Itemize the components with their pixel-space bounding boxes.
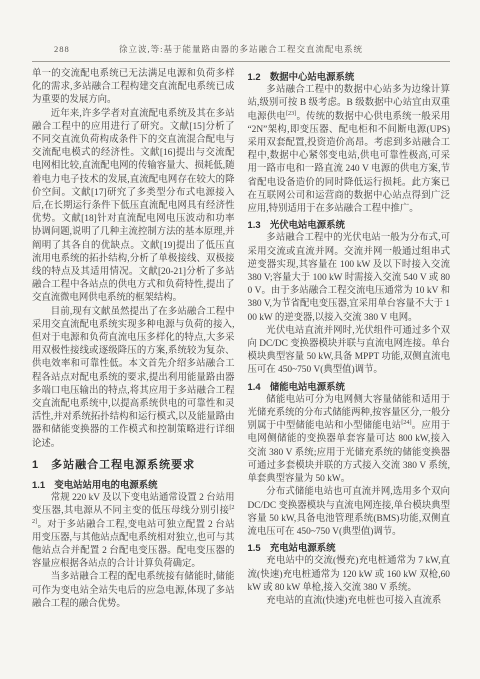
text-run: 。对于多站融合工程,变电站可独立配置 2 台站用变压器,与其他站点配电系统相对独… [32, 520, 235, 570]
body-paragraph: 分布式储能电站也可直流并网,选用多个双向 DC/DC 变换器模块与直流电网连接,… [248, 486, 451, 539]
subsection-heading: 1.2 数据中心站电源系统 [248, 70, 451, 83]
subsection-heading: 1.4 储能电站电源系统 [248, 380, 451, 393]
body-paragraph: 储能电站可分为电网侧大容量储能和适用于光储充系统的分布式储能两种,按容量区分,一… [248, 394, 451, 486]
text-run: 分布式储能电站也可直流并网,选用多个双向 DC/DC 变换器模块与直流电网连接,… [248, 487, 451, 537]
text-run: 近年来,许多学者对直流配电系统及其在多站融合工程中的应用进行了研究。文献[15]… [32, 109, 235, 304]
paper-page: 288 徐立波,等:基于能量路由器的多站融合工程交直流配电系统 单一的交流配电系… [0, 0, 480, 679]
running-title: 徐立波,等:基于能量路由器的多站融合工程交直流配电系统 [32, 43, 450, 55]
body-paragraph: 常规 220 kV 及以下变电站通常设置 2 台站用变压器,其电源从不同主变的低… [32, 492, 235, 571]
text-run: 当多站融合工程的配电系统接有储能时,储能可作为变电站全站失电后的应急电源,体现了… [32, 572, 235, 608]
text-run: 充电站的直流(快速)充电桩也可接入直流系 [266, 596, 441, 606]
body-paragraph: 充电站的直流(快速)充电桩也可接入直流系 [248, 595, 451, 608]
page-header: 288 徐立波,等:基于能量路由器的多站融合工程交直流配电系统 [32, 43, 450, 57]
page-content: 单一的交流配电系统已无法满足电源和负荷多样化的需求,多站融合工程构建交直流配电系… [32, 68, 450, 679]
body-paragraph: 光伏电站直流并网时,光伏组件可通过多个双向 DC/DC 变换器模块并联与直流电网… [248, 325, 451, 378]
body-paragraph: 目前,现有文献虽然提出了在多站融合工程中采用交直流配电系统实现多种电源与负荷的接… [32, 306, 235, 451]
header-rule [32, 61, 450, 62]
body-paragraph: 多站融合工程中的数据中心站多为边缘计算站,级别可按 B 级考虑。B 级数据中心站… [248, 84, 451, 216]
body-paragraph: 当多站融合工程的配电系统接有储能时,储能可作为变电站全站失电后的应急电源,体现了… [32, 571, 235, 611]
page-number: 288 [54, 44, 70, 54]
text-run: 充电站中的交流(慢充)充电桩通常为 7 kW,直流(快速)充电桩通常为 120 … [248, 556, 451, 592]
subsection-heading: 1.3 光伏电站电源系统 [248, 218, 451, 231]
body-paragraph: 多站融合工程中的光伏电站一般为分布式,可采用交流或直流并网。交流并网一般通过组串… [248, 232, 451, 324]
section-heading: 1 多站融合工程电源系统要求 [32, 458, 235, 472]
citation-superscript: [23] [286, 109, 296, 116]
text-run: 多站融合工程中的光伏电站一般为分布式,可采用交流或直流并网。交流并网一般通过组串… [248, 233, 451, 322]
citation-superscript: [24] [401, 419, 411, 426]
text-run: 常规 220 kV 及以下变电站通常设置 2 台站用变压器,其电源从不同主变的低… [32, 493, 235, 516]
text-run: 光伏电站直流并网时,光伏组件可通过多个双向 DC/DC 变换器模块并联与直流电网… [248, 326, 451, 376]
text-run: 目前,现有文献虽然提出了在多站融合工程中采用交直流配电系统实现多种电源与负荷的接… [32, 307, 235, 449]
body-paragraph: 近年来,许多学者对直流配电系统及其在多站融合工程中的应用进行了研究。文献[15]… [32, 108, 235, 306]
body-paragraph: 单一的交流配电系统已无法满足电源和负荷多样化的需求,多站融合工程构建交直流配电系… [32, 68, 235, 108]
right-column: 1.2 数据中心站电源系统多站融合工程中的数据中心站多为边缘计算站,级别可按 B… [248, 68, 451, 679]
subsection-heading: 1.1 变电站站用电的电源系统 [32, 478, 235, 491]
body-paragraph: 充电站中的交流(慢充)充电桩通常为 7 kW,直流(快速)充电桩通常为 120 … [248, 555, 451, 595]
left-column: 单一的交流配电系统已无法满足电源和负荷多样化的需求,多站融合工程构建交直流配电系… [32, 68, 235, 679]
text-run: 。传统的数据中心供电系统一般采用“2N”架构,即变压器、配电柜和不间断电源(UP… [248, 112, 451, 214]
subsection-heading: 1.5 充电站电源系统 [248, 541, 451, 554]
text-run: 单一的交流配电系统已无法满足电源和负荷多样化的需求,多站融合工程构建交直流配电系… [32, 69, 235, 105]
